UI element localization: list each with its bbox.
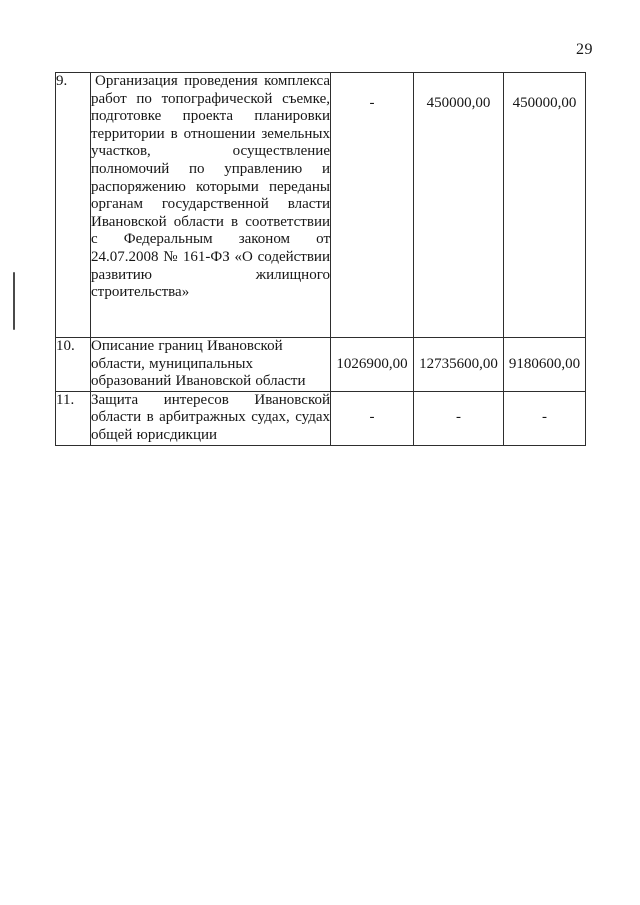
margin-artifact-line (13, 272, 15, 330)
amount-cell: 450000,00 (414, 73, 504, 338)
table-row: 9. Организация проведения комплекса рабо… (56, 73, 586, 338)
table-row: 11. Защита интересов Ивановской области … (56, 391, 586, 445)
row-number-cell: 10. (56, 338, 91, 392)
amount-cell: - (331, 391, 414, 445)
amount-cell: 450000,00 (504, 73, 586, 338)
amount-cell: - (504, 391, 586, 445)
amount-cell: 9180600,00 (504, 338, 586, 392)
amount-cell: 1026900,00 (331, 338, 414, 392)
page-number: 29 (576, 41, 593, 59)
amount-cell: 12735600,00 (414, 338, 504, 392)
row-number-cell: 11. (56, 391, 91, 445)
description-cell: Описание границ Ивановской области, муни… (91, 338, 331, 392)
amount-cell: - (414, 391, 504, 445)
table-row: 10. Описание границ Ивановской области, … (56, 338, 586, 392)
expenses-table: 9. Организация проведения комплекса рабо… (55, 72, 586, 446)
row-number-cell: 9. (56, 73, 91, 338)
amount-cell: - (331, 73, 414, 338)
description-cell: Защита интересов Ивановской области в ар… (91, 391, 331, 445)
description-cell: Организация проведения комплекса работ п… (91, 73, 331, 338)
